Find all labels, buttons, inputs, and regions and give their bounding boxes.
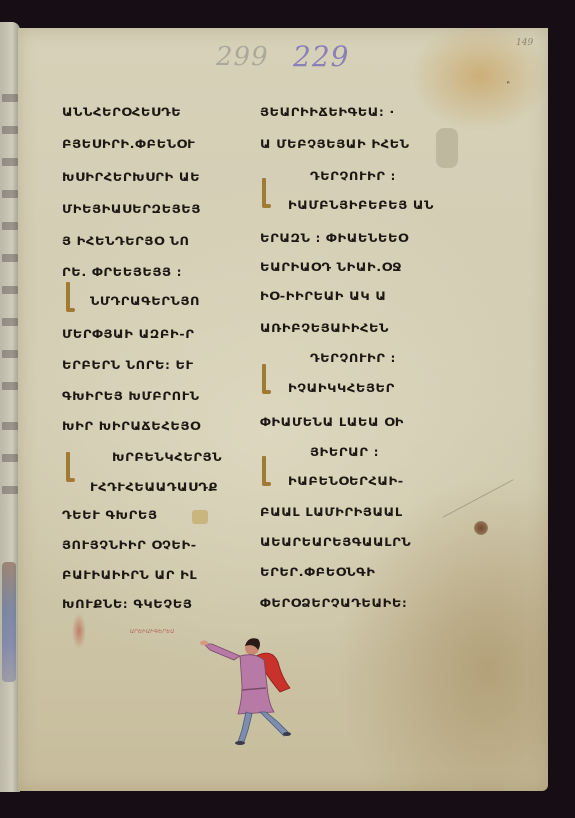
text-line: ԱՌԻԲՉԵՅԱԻԻՀԵՆ [260, 322, 389, 340]
text-line: ԲԱԱԼ ԼԱՄԻՐԻՅԱԱԼ [260, 506, 403, 524]
ghost-text [2, 382, 18, 390]
text-line: ՅՈՒՅՉՆԻԻՐ ՕՉԵԻ- [62, 539, 197, 557]
ghost-text [2, 126, 18, 134]
folio-number-small: 149 [516, 38, 533, 48]
ghost-text [2, 486, 18, 494]
gold-initial [66, 282, 70, 310]
text-line: ԵՐԵՐ.ՓԲԵՕՆԳԻ [260, 566, 376, 584]
text-line: Յ ԻՀԵՆԴԵՐՅՕ ՆՈ [62, 235, 190, 253]
ghost-text [2, 350, 18, 358]
ghost-text [2, 286, 18, 294]
text-line: ԲՅԵՍԻՐԻ.ՓԲԵՆՕՒ [62, 138, 195, 156]
text-line: ՆՄԴՐԱԳԵՐՆՅՈ [90, 295, 200, 313]
text-line: ԵՐԲԵՐՆ ՆՈՐԵ։ ԵՒ [62, 359, 194, 377]
text-line: ԵՐԱԶՆ ։ ՓԻԱԵՆԵԵՕ [260, 232, 409, 250]
ghost-text [2, 318, 18, 326]
folio-number-pencil: 299 [216, 42, 269, 72]
text-line: ԽՍԻՐՀԵՐԽՍՐԻ ԱԵ [62, 171, 200, 189]
folio-number-violet: 229 [293, 40, 349, 73]
ghost-text [2, 222, 18, 230]
ghost-text [2, 254, 18, 262]
text-line: Ա ՄԵԲՉՅԵՅԱԻ ԻՀԵՆ [260, 138, 410, 156]
text-line: ՐԵ. ՓՐԵԵՅԵՅՅ ։ [62, 266, 182, 284]
text-line: ԻԱԲԵՆՕԵՐՀԱԻ- [288, 475, 404, 493]
ghost-text [2, 94, 18, 102]
text-line: ԽԻՐ ԽԻՐԱՃԵՀԵՅՕ [62, 420, 201, 438]
red-stain [72, 613, 86, 649]
bleed-through-figure [2, 562, 16, 682]
stain-dot [474, 521, 488, 535]
text-line: ՒՀԴՒՀԵԱԱԴԱՍԴՔ [90, 481, 218, 499]
text-line: ԳԽԻՐԵՅ ԽՄԲՐՈՒՆ [62, 390, 200, 408]
ghost-text [2, 422, 18, 430]
text-line: ՅԻԵՐԱՐ ։ [310, 446, 379, 464]
scratch [442, 479, 513, 517]
text-line: ԱՆՆՀԵՐՕՀԵՍԴԵ [62, 106, 181, 124]
previous-leaf-edge [0, 22, 20, 792]
text-line: ՄԻԵՅԻԱՍԵՐԶԵՅԵՅ [62, 203, 201, 221]
ink-mark: ﾞ [500, 78, 514, 94]
ghost-text [2, 190, 18, 198]
text-line: ԻՕ-ԻԻՐԵԱԻ ԱԿ Ա [260, 290, 387, 308]
text-line: ԻՉԱԻԿԿՀԵՅԵՐ [288, 382, 395, 400]
text-line: ԱԵԱՐԵԱՐԵՅԳԱԱԼՐՆ [260, 536, 411, 554]
marginal-red-note: ԱՐԵԻԱԻԳԵՐԵԱ [130, 629, 175, 635]
gold-initial [262, 178, 266, 206]
text-line: ՄԵՐՓՅԱԻ ԱԶԲԻ-Ր [62, 328, 195, 346]
text-line: ՅԵԱՐԻԻՃԵԻԳԵԱ։ · [260, 106, 395, 124]
text-line: ԵԱՐԻԱՕԴ ՆԻԱԻ.ՕՋ [260, 261, 402, 279]
text-line: ՓԻԱՄԵՆԱ ԼԱԵԱ ՕԻ [260, 416, 404, 434]
text-line: ԽՐԲԵՆԿՀԵՐՅՆ [112, 451, 222, 469]
gold-initial [262, 456, 266, 484]
text-line: ԲԱՒԻԱԻԻՐՆ ԱՐ ԻԼ [62, 569, 197, 587]
figure-illustration [196, 626, 306, 746]
gold-initial [66, 452, 70, 480]
manuscript-folio: 299 229 149 ﾞ ԱՆՆՀԵՐՕՀԵՍԴԵ ԲՅԵՍԻՐԻ.ՓԲԵՆՕ… [18, 28, 548, 791]
text-line: ՓԵՐՕՁԵՐՉԱԴԵԱԻԵ։ [260, 597, 407, 615]
stain [436, 128, 458, 168]
gold-initial [262, 364, 266, 392]
ghost-text [2, 158, 18, 166]
text-line: ԴԵՐՉՈՒԻՐ ։ [310, 352, 396, 370]
text-line: ԴԵՐՉՈՒԻՐ ։ [310, 170, 396, 188]
gold-smudge [192, 510, 208, 524]
text-line: ԽՈՒՔՆԵ։ ԳԿԵՉԵՅ [62, 598, 192, 616]
text-line: ԴԵԵՒ ԳԽՐԵՅ [62, 509, 158, 527]
ghost-text [2, 454, 18, 462]
text-line: ԻԱՄԲՆՅԻԲԵԲԵՅ ԱՆ [288, 199, 434, 217]
